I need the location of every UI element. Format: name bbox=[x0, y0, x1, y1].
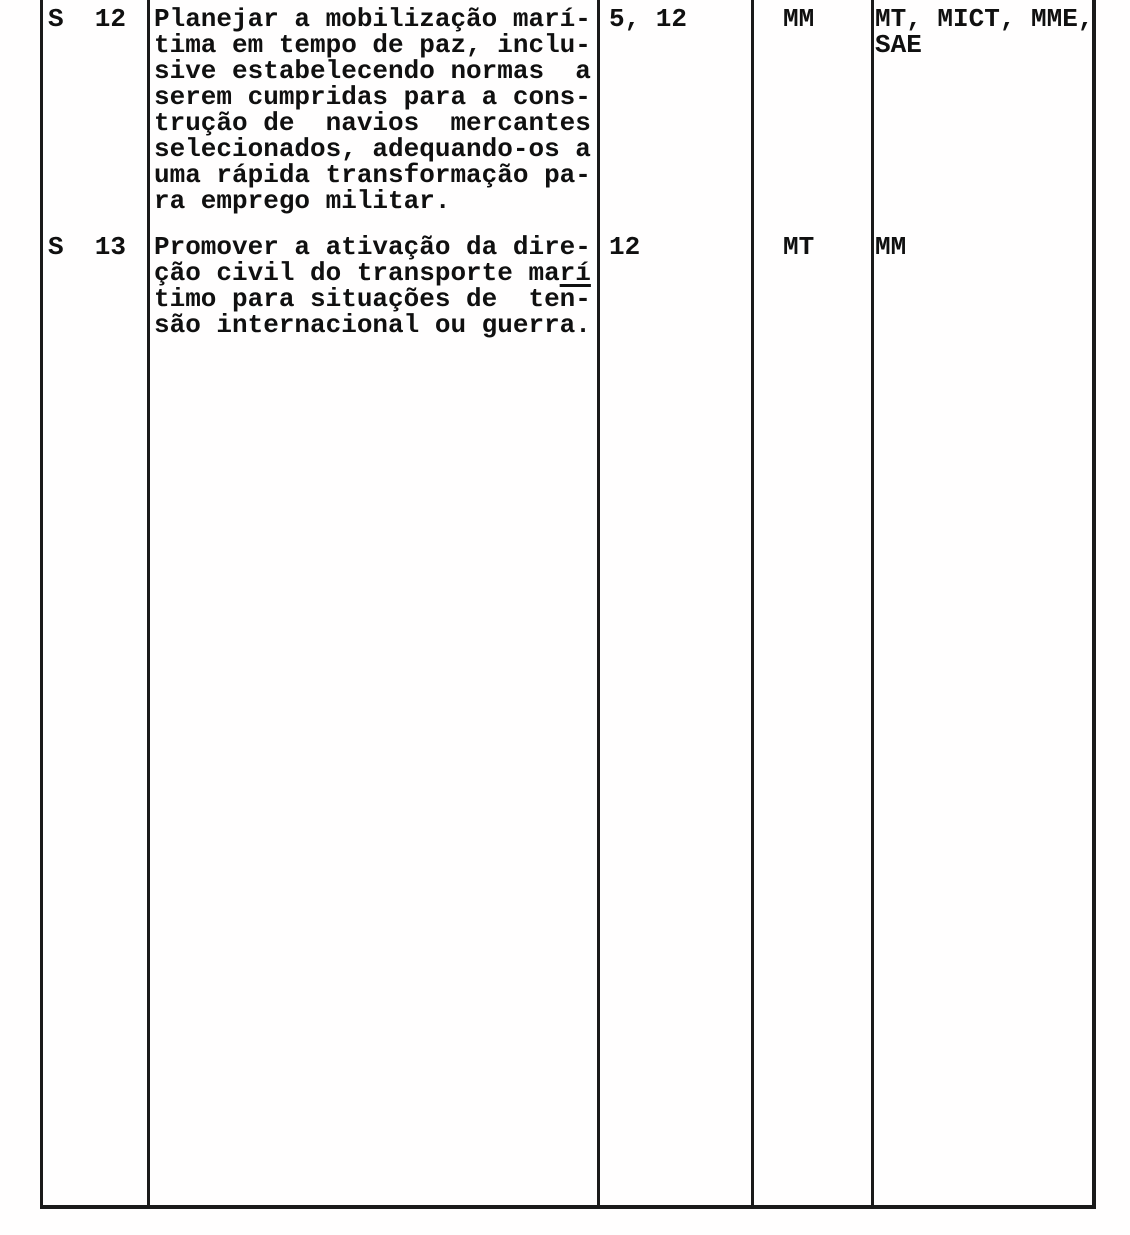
table-bottom-border bbox=[40, 1205, 1096, 1209]
row-participant-orgs: MM bbox=[875, 234, 906, 260]
text-line: timo para situações de ten- bbox=[154, 286, 591, 312]
row-responsible-org: MM bbox=[783, 6, 814, 32]
text-line: selecionados, adequando-os a bbox=[154, 136, 591, 162]
text-line: uma rápida transformação pa- bbox=[154, 162, 591, 188]
text-line: serem cumpridas para a cons- bbox=[154, 84, 591, 110]
text-line: ção civil do transporte marí bbox=[154, 260, 591, 286]
text-segment: SAE bbox=[875, 30, 922, 60]
row-participant-orgs: MT, MICT, MME,SAE bbox=[875, 6, 1093, 58]
text-line: MM bbox=[875, 234, 906, 260]
scanned-document-page: S 12 Planejar a mobilização marí-tima em… bbox=[0, 0, 1130, 1235]
table-divider-code-description bbox=[147, 0, 150, 1208]
text-line: tima em tempo de paz, inclu- bbox=[154, 32, 591, 58]
row-description: Planejar a mobilização marí-tima em temp… bbox=[154, 6, 591, 214]
table-left-border bbox=[40, 0, 43, 1208]
text-line: são internacional ou guerra. bbox=[154, 312, 591, 338]
text-line: ra emprego militar. bbox=[154, 188, 591, 214]
table-divider-responsible-participants bbox=[871, 0, 874, 1208]
row-references: 5, 12 bbox=[609, 6, 687, 32]
text-line: MT, MICT, MME, bbox=[875, 6, 1093, 32]
text-segment: ra emprego militar. bbox=[154, 186, 450, 216]
row-responsible-org: MT bbox=[783, 234, 814, 260]
row-code: S 12 bbox=[48, 6, 126, 32]
row-description: Promover a ativação da dire-ção civil do… bbox=[154, 234, 591, 338]
text-line: Planejar a mobilização marí- bbox=[154, 6, 591, 32]
table-divider-references-responsible bbox=[751, 0, 754, 1208]
text-line: trução de navios mercantes bbox=[154, 110, 591, 136]
table-right-border bbox=[1092, 0, 1096, 1208]
text-segment: são internacional ou guerra. bbox=[154, 310, 591, 340]
text-line: SAE bbox=[875, 32, 1093, 58]
text-line: Promover a ativação da dire- bbox=[154, 234, 591, 260]
text-line: sive estabelecendo normas a bbox=[154, 58, 591, 84]
row-references: 12 bbox=[609, 234, 640, 260]
row-code: S 13 bbox=[48, 234, 126, 260]
text-segment: MM bbox=[875, 232, 906, 262]
table-divider-description-references bbox=[597, 0, 600, 1208]
